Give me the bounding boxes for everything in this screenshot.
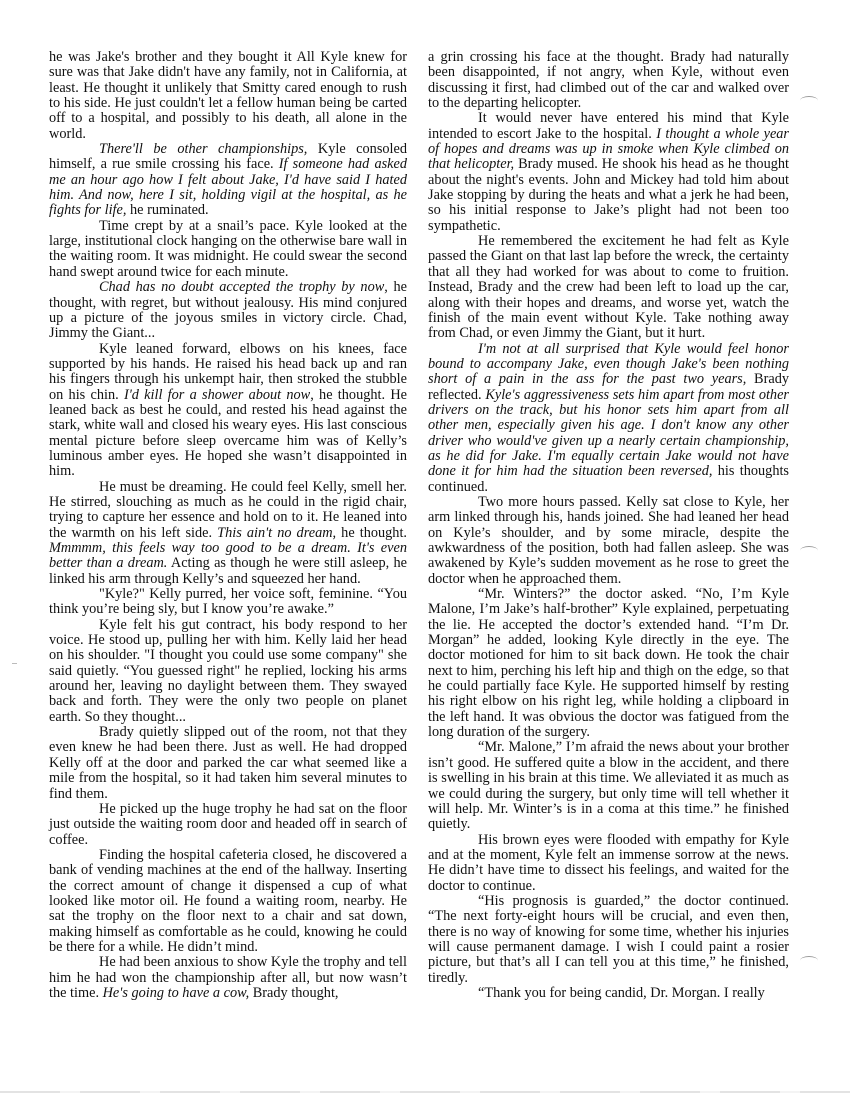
paragraph: Brady quietly slipped out of the room, n… (49, 725, 407, 802)
italic-text-run: There'll be other championships, (99, 141, 307, 157)
paragraph: “Thank you for being candid, Dr. Morgan.… (428, 986, 789, 1001)
paragraph: Chad has no doubt accepted the trophy by… (49, 280, 407, 341)
page-edge-mark (800, 546, 818, 555)
page-edge-mark (800, 96, 818, 105)
text-run: His brown eyes were flooded with empathy… (428, 832, 789, 894)
paragraph: Finding the hospital cafeteria closed, h… (49, 848, 407, 955)
paragraph: Two more hours passed. Kelly sat close t… (428, 495, 789, 587)
text-run: “Thank you for being candid, Dr. Morgan.… (478, 985, 765, 1001)
paragraph: I'm not at all surprised that Kyle would… (428, 342, 789, 495)
right-text-column: a grin crossing his face at the thought.… (428, 50, 789, 1001)
text-run: “Mr. Malone,” I’m afraid the news about … (428, 739, 789, 832)
text-run: He picked up the huge trophy he had sat … (49, 801, 407, 848)
text-run: Finding the hospital cafeteria closed, h… (49, 847, 407, 955)
text-run: Kyle felt his gut contract, his body res… (49, 617, 407, 725)
italic-text-run: Chad has no doubt accepted the trophy by… (99, 279, 384, 295)
paragraph: Time crept by at a snail’s pace. Kyle lo… (49, 219, 407, 280)
paragraph: He picked up the huge trophy he had sat … (49, 802, 407, 848)
paragraph: His brown eyes were flooded with empathy… (428, 833, 789, 894)
paragraph: There'll be other championships, Kyle co… (49, 142, 407, 219)
text-run: he ruminated. (126, 202, 208, 218)
paragraph: He had been anxious to show Kyle the tro… (49, 955, 407, 1001)
scanned-page: he was Jake's brother and they bought it… (0, 0, 850, 1100)
text-run: Time crept by at a snail’s pace. Kyle lo… (49, 218, 407, 280)
margin-speck (12, 663, 17, 664)
italic-text-run: He's going to have a cow, (103, 985, 250, 1001)
italic-text-run: This ain't no dream, (217, 525, 336, 541)
left-text-column: he was Jake's brother and they bought it… (49, 50, 407, 1001)
paragraph: He must be dreaming. He could feel Kelly… (49, 480, 407, 587)
text-run: He remembered the excitement he had felt… (428, 233, 789, 341)
text-run: Brady thought, (249, 985, 338, 1001)
text-run: “Mr. Winters?” the doctor asked. “No, I’… (428, 586, 789, 740)
page-edge-mark (800, 956, 818, 965)
text-run: "Kyle?" Kelly purred, her voice soft, fe… (49, 586, 407, 617)
text-run: a grin crossing his face at the thought.… (428, 49, 789, 111)
paragraph: “Mr. Winters?” the doctor asked. “No, I’… (428, 587, 789, 740)
paragraph: "Kyle?" Kelly purred, her voice soft, fe… (49, 587, 407, 618)
paragraph: It would never have entered his mind tha… (428, 111, 789, 234)
paragraph: He remembered the excitement he had felt… (428, 234, 789, 341)
paragraph: he was Jake's brother and they bought it… (49, 50, 407, 142)
text-run: he thought. (336, 525, 407, 541)
paragraph: “His prognosis is guarded,” the doctor c… (428, 894, 789, 986)
italic-text-run: I'm not at all surprised that Kyle would… (428, 341, 789, 388)
paragraph: “Mr. Malone,” I’m afraid the news about … (428, 740, 789, 832)
text-run: Brady quietly slipped out of the room, n… (49, 724, 407, 801)
italic-text-run: I'd kill for a shower about now (124, 387, 310, 403)
scan-bottom-edge (0, 1091, 850, 1093)
paragraph: Kyle leaned forward, elbows on his knees… (49, 342, 407, 480)
text-run: he was Jake's brother and they bought it… (49, 49, 407, 142)
paragraph: Kyle felt his gut contract, his body res… (49, 618, 407, 725)
text-run: “His prognosis is guarded,” the doctor c… (428, 893, 789, 986)
text-run: Two more hours passed. Kelly sat close t… (428, 494, 789, 587)
paragraph: a grin crossing his face at the thought.… (428, 50, 789, 111)
